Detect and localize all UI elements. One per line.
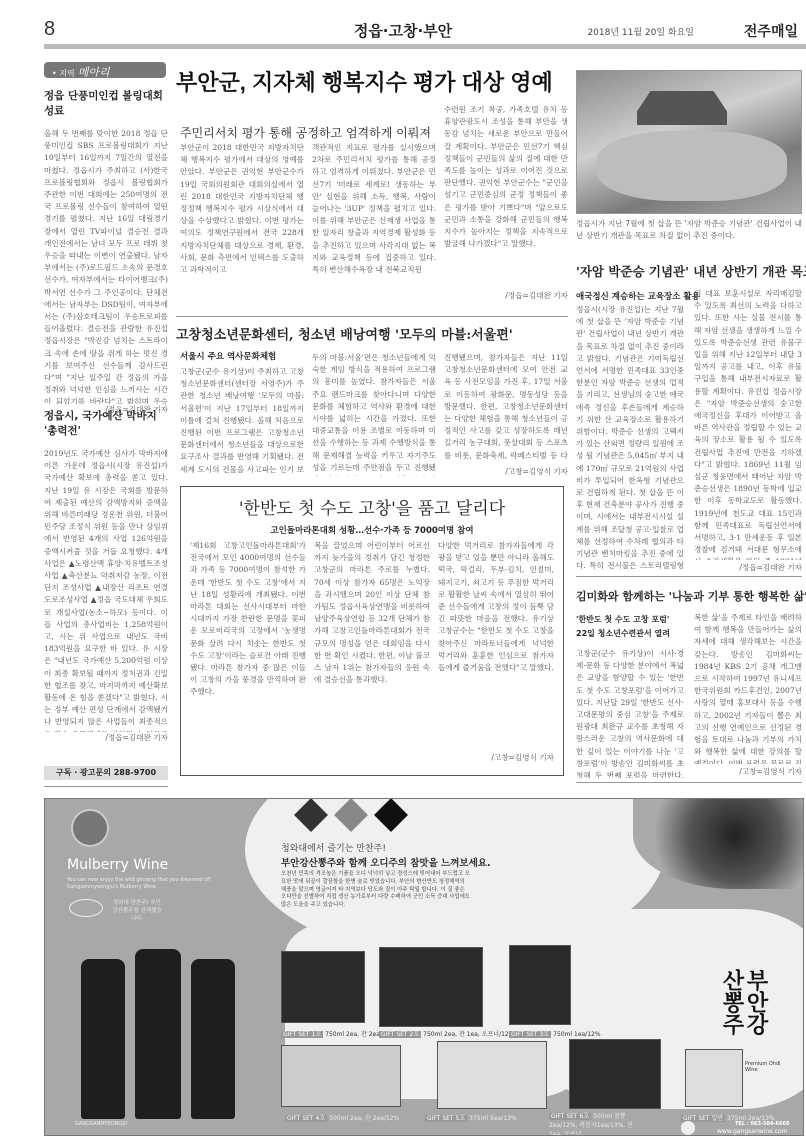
ad-brand-kr-sub: Premium Ohdi Wine <box>745 1061 785 1073</box>
ad-tagline-2: Gangsanmyeongju's Mulberry Wine. <box>67 884 157 890</box>
column-badge: • 지역메아리 <box>44 62 166 78</box>
badge-dot-icon: • <box>52 69 57 78</box>
divider <box>576 782 802 783</box>
article-body-col3: 다양한 먹거리로 참가자들에게 각광을 받고 있을 뿐만 아니라 올해도 떡국,… <box>438 540 554 750</box>
article-headline: 정읍 단풍미인컵 볼링대회 성료 <box>44 88 168 118</box>
article-body-col3: 진행됐으며, 참가자들은 지난 11일 고창청소년문화센터에 모여 안전 교육 … <box>444 352 568 462</box>
article-headline-marathon: '한반도 첫 수도 고창'을 품고 달리다 <box>180 494 564 519</box>
article-headline-youth: 고창청소년문화센터, 청소년 배낭여행 '모두의 마블:서울편' <box>176 324 513 343</box>
hanok-building-shape <box>637 91 727 125</box>
brand-logo-badge <box>71 809 109 847</box>
article-body-col2: 복을 끌었으며 어린이부터 어르신까지 늦가을의 정취가 담긴 청정한 고창군의… <box>314 540 430 760</box>
article-body-col1: '제16회 고창고인돌마라톤대회'가 전국에서 모인 4000여명의 선수들과 … <box>190 540 306 760</box>
gift-set-1-image <box>281 951 365 1023</box>
byline: /고창=김영식 기자 <box>444 466 568 477</box>
article-body-col3: 수련원 조기 착공, 가족호텔 유치 등 휴양관광도시 조성을 통해 부안을 생… <box>444 104 568 288</box>
gift-set-label: GIFT SET 5호375ml 5ea/13% <box>425 1113 517 1122</box>
article-body: 2019년도 국가예산 심사가 막바지에 이른 가운데 정읍시(시장 유진섭)가… <box>44 448 168 732</box>
byline: /정읍=김대완 기자 <box>694 562 802 573</box>
byline: /고창=김영식 기자 <box>694 766 802 777</box>
article-headline: 정읍시, 국가예산 막바지 '총력전' <box>44 408 168 438</box>
article-body-col2: 복한 삶'을 주제로 타인을 배려하여 함께 행복을 만들어가는 삶의 자세에 … <box>694 612 802 764</box>
article-body-col1: 고창군(군수 유기상)이 시사·경제·문화 등 다양한 분야에서 폭넓은 교양을… <box>576 648 684 778</box>
company-logo-icon <box>681 1121 695 1135</box>
gift-set-3-image <box>509 945 571 1025</box>
gift-set-general-image <box>685 1049 743 1107</box>
article-headline-jaam: '자암 박준승 기념관' 내년 상반기 개관 목표 <box>576 262 806 280</box>
blue-house-seal-icon <box>69 899 103 917</box>
article-subhead-jaam: 애국정신 계승하는 교육장소 활용 <box>576 290 700 302</box>
paper-name: 전주매일 <box>744 21 798 41</box>
ad-brand-kr: 부안강산뽕주 <box>667 969 767 1053</box>
article-subhead-marathon: 고인돌마라톤대회 성황…선수·가족 등 7000여명 참여 <box>180 524 564 536</box>
article-headline-buan: 부안군, 지자체 행복지수 평가 대상 영예 <box>176 66 553 97</box>
article-body-col2: 두의 마블:서울'편은 청소년들에게 익숙한 게임 방식을 적용하여 프로그램의… <box>312 352 436 476</box>
gift-set-6-image <box>569 1039 661 1109</box>
wine-bottle-2 <box>135 949 181 1119</box>
advertisement-mulberry-wine[interactable]: Mulberry Wine You can now enjoy the wild… <box>44 798 804 1136</box>
ad-company: GANGSANMYEONGJU <box>75 1121 128 1127</box>
gift-set-label: GIFT SET 2호750ml 2ea, 잔 1ea, 오프너/12% <box>379 1029 514 1038</box>
article-body-col2: 의 대표 보훈시설로 자리매김할 수 있도록 최선의 노력을 다하고 있다. 또… <box>694 288 802 560</box>
article-budget: 정읍시, 국가예산 막바지 '총력전' 2019년도 국가예산 심사가 막바지에… <box>44 408 168 743</box>
gift-set-2-image <box>379 947 483 1027</box>
divider <box>576 576 802 577</box>
article-body-col1: 정읍시(시장 유진섭)는 지난 7월에 첫 삽을 뜬 '자암 박준승 기념관' … <box>576 304 684 572</box>
gift-set-label: GIFT SET 6호500ml 참뽕2ea/12%, 복분자1ea/13%, … <box>549 1111 639 1136</box>
article-sublabel-2: 22일 청소년수련관서 열려 <box>576 628 670 639</box>
byline: /고창=김영식 기자 <box>438 752 554 763</box>
photo-caption: 정읍시가 지난 7월에 첫 삽을 뜬 '자암 박준승 기념관' 건립사업이 내년… <box>576 218 802 244</box>
article-bowling: 정읍 단풍미인컵 볼링대회 성료 올해 두 번째를 맞이한 2018 정읍 단풍… <box>44 88 168 415</box>
ad-website[interactable]: www.gangsanwine.com <box>717 1128 788 1135</box>
article-body: 올해 두 번째를 맞이한 2018 정읍 단풍미인컵 SBS 프로볼링대회가 지… <box>44 128 168 404</box>
gift-set-label: GIFT SET 3호750ml 1ea/12% <box>509 1029 601 1038</box>
gift-set-label: GIFT SET 4호500ml 2ea, 잔 2ea/12% <box>285 1113 399 1122</box>
wine-bottle-3 <box>191 959 235 1119</box>
ad-description: 오천년 민족의 격조높은 기품을 오디 넉넉히 넣고 정성스레 빚어내어 부드럽… <box>281 871 471 910</box>
ad-headline-2: 부안강산뽕주와 함께 오디주의 참맛을 느껴보세요. <box>281 855 491 869</box>
byline: /정읍=김대완 기자 <box>444 290 568 301</box>
ad-headline-1: 청와대에서 즐기는 만찬주! <box>281 841 386 854</box>
ad-brand-en: Mulberry Wine <box>67 857 168 873</box>
gift-set-5-image <box>437 1041 547 1109</box>
ad-tel: TEL : 063-584-6660 <box>735 1121 789 1127</box>
article-body-col2: 객관적인 지표로 평가를 실시했으며 2차로 주민리서치 평가를 통해 공정하고… <box>312 142 436 300</box>
plaza-shape <box>597 131 787 201</box>
article-subhead-youth: 서울시 주요 역사문화체험 <box>180 350 276 362</box>
issue-date: 2018년 11월 20일 화요일 <box>587 25 694 38</box>
subscription-box: 구독 · 광고문의 288-9700 <box>44 766 168 780</box>
divider <box>176 316 568 317</box>
article-headline-kim: 김미화와 함께하는 '나눔과 기부 통한 행복한 삶' <box>576 588 806 604</box>
divider <box>44 786 168 787</box>
header-rule <box>44 44 806 49</box>
byline: /정읍=김대완 기자 <box>44 732 168 743</box>
article-body-col1: 부안군이 2018 대한민국 지방자치단체 행복지수 평가에서 대상의 영예를 … <box>180 142 304 300</box>
article-body-col1: 고창군(군수 유기상)이 주최하고 고창청소년문화센터(센터장 서영주)가 주관… <box>180 366 304 476</box>
memorial-photo <box>576 70 802 214</box>
article-subhead-buan: 주민리서치 평가 통해 공정하고 엄격하게 이뤄져 <box>180 124 431 141</box>
wine-bottle-1 <box>81 959 125 1119</box>
article-sublabel-1: '한반도 첫 수도 고창 포럼' <box>576 614 669 625</box>
ad-tagline-1: You can now enjoy the wild ginseng that … <box>67 877 211 883</box>
gift-set-4-image <box>281 1045 401 1107</box>
ad-seal-text: 청와대 만찬주! 부안강산뽕주를 선택했습니다. <box>111 899 163 923</box>
